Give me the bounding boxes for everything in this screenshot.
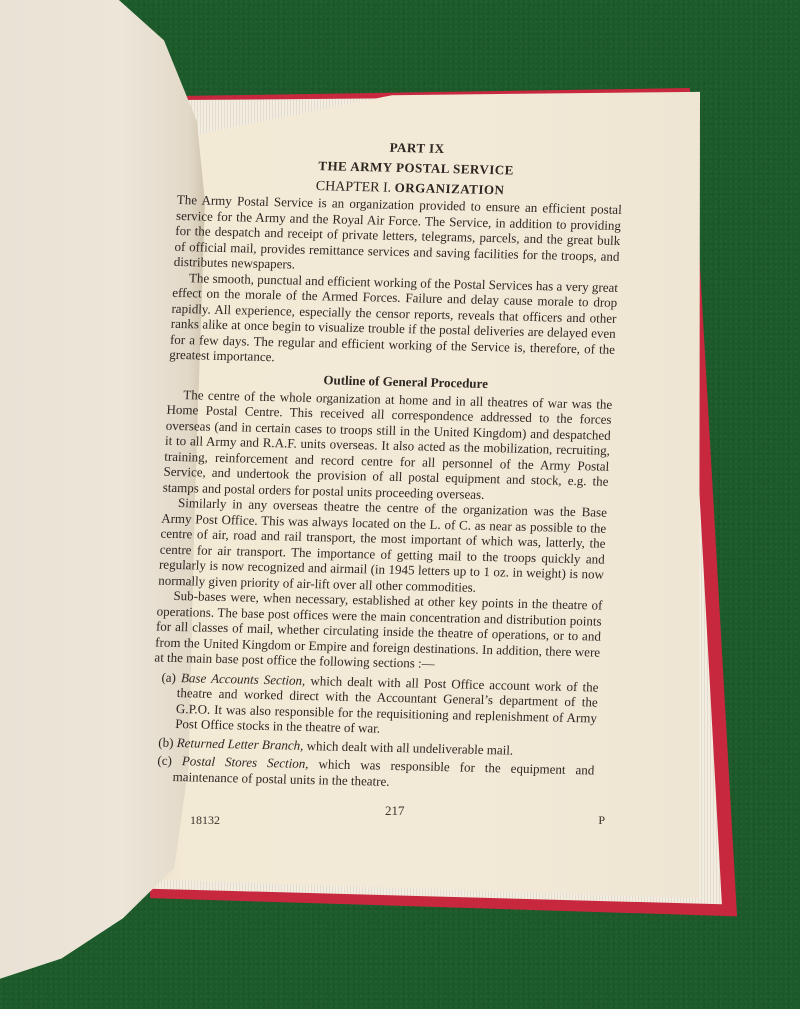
photo-scene: PART IX THE ARMY POSTAL SERVICE CHAPTER … <box>0 0 800 1009</box>
paragraph: Similarly in any overseas theatre the ce… <box>158 495 607 598</box>
sections-list: (a) Base Accounts Section, which dealt w… <box>148 669 598 793</box>
paragraph: The smooth, punctual and efficient worki… <box>169 269 618 372</box>
page-text: PART IX THE ARMY POSTAL SERVICE CHAPTER … <box>148 135 625 797</box>
paragraph: The centre of the whole organization at … <box>162 386 612 505</box>
chapter-prefix: CHAPTER I. <box>315 179 391 196</box>
list-marker: (c) <box>157 753 172 768</box>
section-text: which dealt with all undeliverable mail. <box>303 737 513 757</box>
signature-number: 18132 <box>190 813 220 828</box>
signature-mark: P <box>598 813 605 828</box>
section-name: Returned Letter Branch, <box>176 735 303 753</box>
paragraph: Sub-bases were, when necessary, establis… <box>154 588 603 676</box>
list-marker: (a) <box>161 669 176 684</box>
page-number: 217 <box>385 803 405 819</box>
page-footer: 18132 217 P <box>190 800 605 830</box>
list-marker: (b) <box>158 734 174 749</box>
chapter-title: ORGANIZATION <box>394 180 504 197</box>
list-item: (c) Postal Stores Section, which was res… <box>148 752 594 793</box>
list-item: (a) Base Accounts Section, which dealt w… <box>151 669 599 741</box>
paragraph: The Army Postal Service is an organizati… <box>173 192 622 280</box>
